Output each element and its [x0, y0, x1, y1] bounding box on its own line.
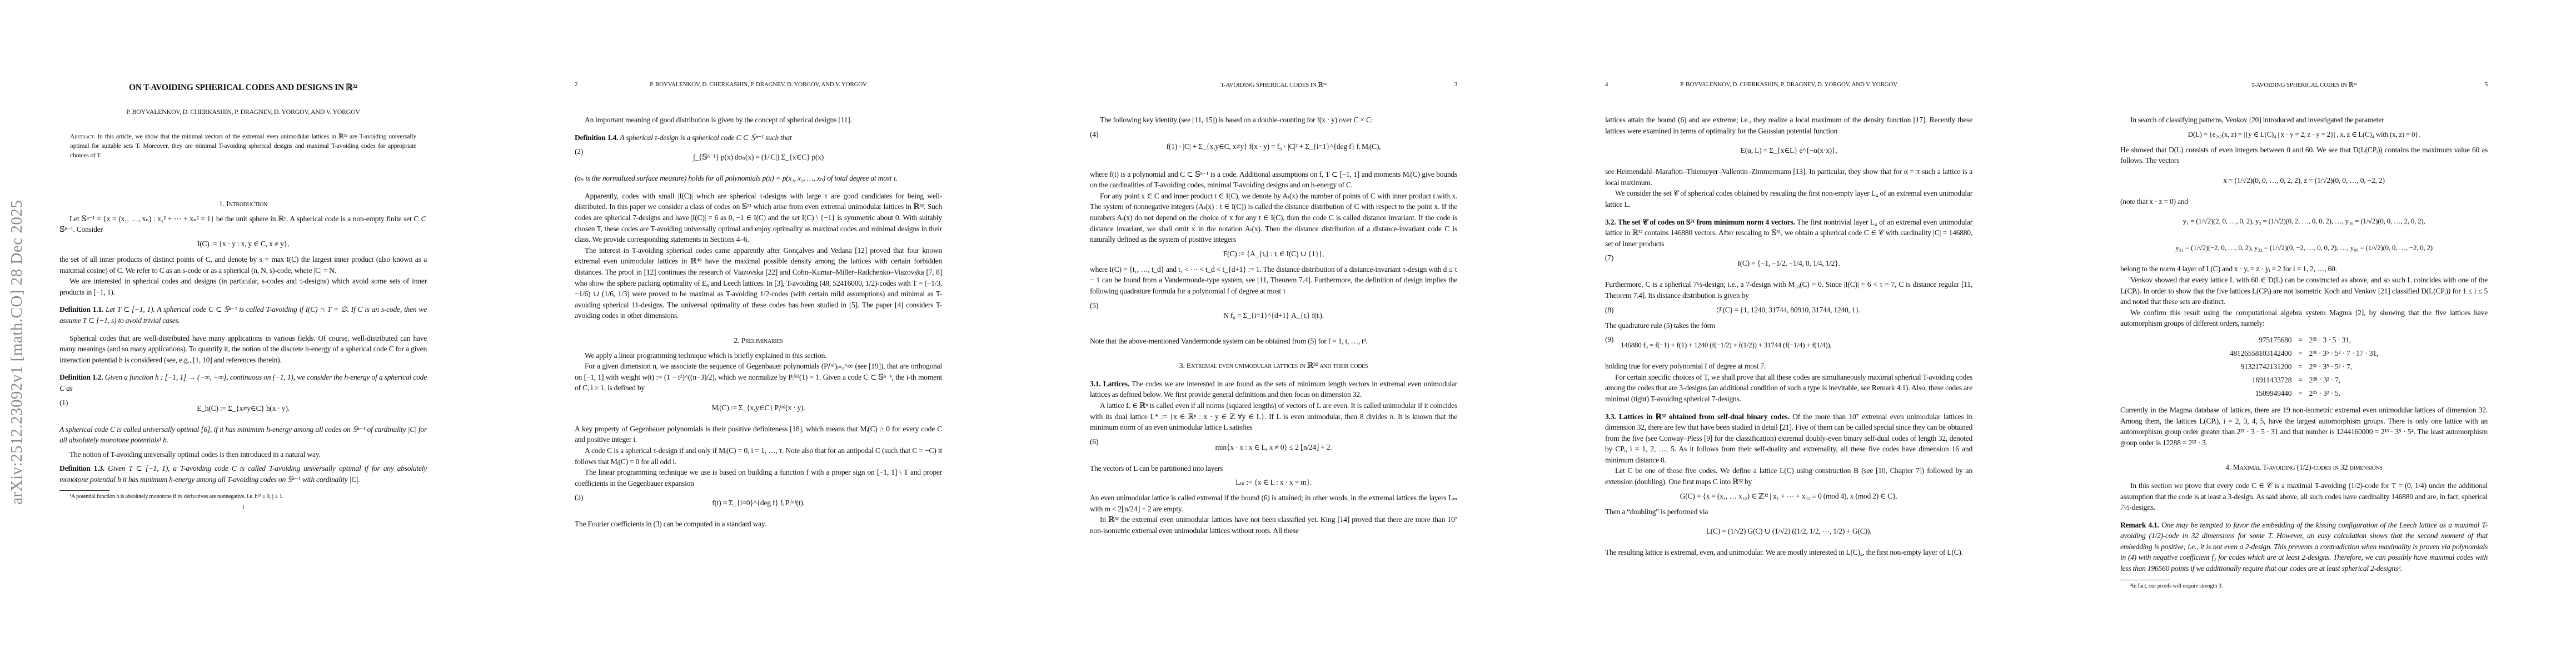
- page-1-body: ON T-AVOIDING SPHERICAL CODES AND DESIGN…: [59, 82, 427, 513]
- paragraph: The codes we are interested in are found…: [1090, 380, 1457, 399]
- equation: x = (1/√2)(0, 0, …, 0, 2, 2), z = (1/√2)…: [2120, 170, 2488, 193]
- paragraph: Furthermore, C is a spherical 7½-design;…: [1605, 279, 1972, 301]
- equation-body: E_h(C) := Σ_{x≠y∈C} h(x · y).: [197, 404, 290, 412]
- equation: F(C) := {A_{tᵢ} : tᵢ ∈ I(C) ∪ {1}},: [1090, 248, 1457, 261]
- definition-1-4: Definition 1.4. A spherical τ-design is …: [575, 132, 942, 143]
- equation-body: f(1) · |C| + Σ_{x,y∈C, x≠y} f(x · y) = f…: [1167, 142, 1381, 151]
- abstract-label: Abstract.: [70, 132, 95, 140]
- paragraph: We are interested in spherical codes and…: [59, 276, 427, 297]
- equation-7: (7)I(C) = {−1, −1/2, −1/4, 0, 1/4, 1/2}.: [1605, 252, 1972, 276]
- section-heading: 1. Introduction: [59, 199, 427, 210]
- section-heading: 3. Extremal even unimodular lattices in …: [1090, 361, 1457, 372]
- equation: G(C) = {x = (x₁, … x₃₂) ∈ ℤ³² | x₁ + ⋯ +…: [1605, 491, 1972, 503]
- paragraph: the set of all inner products of distinc…: [59, 254, 427, 276]
- paragraph: In ℝ³² the extremal even unimodular latt…: [1090, 514, 1457, 536]
- equation-1: (1)E_h(C) := Σ_{x≠y∈C} h(x · y).: [59, 397, 427, 421]
- paragraph: For any point x ∈ C and inner product t …: [1090, 191, 1457, 245]
- equation-body: I(C) = {−1, −1/2, −1/4, 0, 1/4, 1/2}.: [1737, 259, 1840, 267]
- paragraph: (note that x · z = 0) and: [2120, 196, 2488, 207]
- paragraph: We apply a linear programming technique …: [575, 350, 942, 361]
- equation: y₁ = (1/√2)(2, 0, …, 0, 2), y₂ = (1/√2)(…: [2120, 210, 2488, 233]
- equation: Lₘ := {x ∈ L : x · x = m}.: [1090, 477, 1457, 489]
- paragraph: Currently in the Magma database of latti…: [2120, 405, 2488, 448]
- order-factorization: 2²¹ · 3 · 5 · 31,: [2306, 333, 2381, 347]
- paper-title: ON T-AVOIDING SPHERICAL CODES AND DESIGN…: [59, 82, 427, 93]
- paragraph: The linear programming technique we use …: [575, 467, 942, 489]
- equation-number: (8): [1605, 305, 1613, 316]
- paragraph: holding true for every polynomial f of d…: [1605, 361, 1972, 372]
- equation-number: (3): [575, 492, 583, 503]
- page-2: 2 P. BOYVALENKOV, D. CHERKASHIN, P. DRAG…: [515, 0, 1030, 667]
- running-head-text: T-AVOIDING SPHERICAL CODES IN ℝ³²: [2120, 81, 2488, 88]
- section-heading: 4. Maximal T-avoiding (1/2)-codes in 32 …: [2120, 462, 2488, 474]
- paragraph: lattices attain the bound (6) and are ex…: [1605, 115, 1972, 136]
- paragraph: A key property of Gegenbauer polynomials…: [575, 424, 942, 445]
- paragraph: An important meaning of good distributio…: [575, 115, 942, 126]
- paragraph: For certain specific choices of T, we sh…: [1605, 372, 1972, 405]
- equation-number: (5): [1090, 300, 1098, 311]
- equation: y₃₁ = (1/√2)(−2, 0, …, 0, 2), y₃₂ = (1/√…: [2120, 237, 2488, 260]
- paragraph: The Fourier coefficients in (3) can be c…: [575, 519, 942, 530]
- subsection-3-2: 3.2. The set 𝒞 of codes on 𝕊³¹ from mini…: [1605, 217, 1972, 250]
- running-head-text: P. BOYVALENKOV, D. CHERKASHIN, P. DRAGNE…: [1605, 81, 1972, 88]
- footnote: ¹A potential function h is absolutely mo…: [59, 493, 427, 501]
- paragraph: The notion of T-avoiding universally opt…: [59, 449, 427, 460]
- paragraph: The quadrature rule (5) takes the form: [1605, 320, 1972, 331]
- page-3-body: The following key identity (see [11, 15]…: [1090, 115, 1457, 536]
- remark-text: One may be tempted to favor the embeddin…: [2120, 521, 2488, 573]
- definition-label: Definition 1.3.: [59, 464, 104, 472]
- order-factorization: 2²⁵ · 3² · 5.: [2306, 387, 2381, 400]
- paragraph: An even unimodular lattice is called ext…: [1090, 492, 1457, 514]
- equation-number: (4): [1090, 129, 1098, 140]
- page-5-body: In search of classifying patterns, Venko…: [2120, 115, 2488, 590]
- equation-8: (8)ℱ(C) = {1, 1240, 31744, 80910, 31744,…: [1605, 305, 1972, 317]
- paragraph: We consider the set 𝒞 of spherical codes…: [1605, 188, 1972, 210]
- running-head: T-AVOIDING SPHERICAL CODES IN ℝ³² 3: [1090, 81, 1457, 90]
- equation-body: f(t) = Σ_{i=0}^{deg f} fᵢ Pᵢ⁽ⁿ⁾(t).: [712, 499, 805, 507]
- paragraph: where I(C) = {t₁, …, t_d} and t₁ < ⋯ < t…: [1090, 264, 1457, 297]
- paragraph: belong to the norm 4 layer of L(C) and x…: [2120, 263, 2488, 275]
- equation-number: (6): [1090, 436, 1098, 447]
- paragraph: The vectors of L can be partitioned into…: [1090, 463, 1457, 474]
- definition-text: (σₙ is the normalized surface measure) h…: [575, 173, 942, 184]
- page-3: T-AVOIDING SPHERICAL CODES IN ℝ³² 3 The …: [1030, 0, 1546, 667]
- remark-4-1: Remark 4.1. One may be tempted to favor …: [2120, 520, 2488, 574]
- equation-4: (4)f(1) · |C| + Σ_{x,y∈C, x≠y} f(x · y) …: [1090, 129, 1457, 166]
- definition-1-2: Definition 1.2. Given a function h : [−1…: [59, 372, 427, 394]
- definition-label: Definition 1.1.: [59, 305, 103, 313]
- remark-label: Remark 4.1.: [2120, 521, 2159, 529]
- subsection-label: 3.3. Lattices in ℝ³² obtained from self-…: [1605, 412, 1789, 421]
- paragraph: The following key identity (see [11, 15]…: [1090, 115, 1457, 126]
- equation: Mᵢ(C) := Σ_{x,y∈C} Pᵢ⁽ⁿ⁾(x · y).: [575, 397, 942, 420]
- running-head-text: P. BOYVALENKOV, D. CHERKASHIN, P. DRAGNE…: [575, 81, 942, 88]
- equation-body: ∫_{𝕊ⁿ⁻¹} p(x) dσₙ(x) = (1/|C|) Σ_{x∈C} p…: [693, 153, 824, 161]
- equation-number: (2): [575, 146, 583, 157]
- equation-number: (1): [59, 397, 68, 409]
- paragraph: Apparently, codes with small |I(C)| whic…: [575, 191, 942, 245]
- page-4: 4 P. BOYVALENKOV, D. CHERKASHIN, P. DRAG…: [1546, 0, 2061, 667]
- order-factorization: 2²⁸ · 3² · 7,: [2306, 374, 2381, 387]
- paragraph: Venkov showed that every lattice L with …: [2120, 275, 2488, 307]
- equation-6: (6)min{x · x : x ∈ L, x ≠ 0} ≤ 2 ⌊n/24⌋ …: [1090, 436, 1457, 460]
- page-1: arXiv:2512.23092v1 [math.CO] 28 Dec 2025…: [0, 0, 515, 667]
- paragraph: Spherical codes that are well-distribute…: [59, 333, 427, 366]
- paragraph: For a given dimension n, we associate th…: [575, 361, 942, 394]
- definition-text: Given a function h : [−1, 1] → (−∞, +∞],…: [59, 373, 427, 392]
- order-value: 91321742131200: [2226, 360, 2295, 374]
- order-factorization: 2³¹ · 3⁵ · 5² · 7 · 17 · 31,: [2306, 347, 2381, 360]
- equation-number: (9): [1605, 334, 1613, 345]
- page-number: 5: [2485, 81, 2488, 88]
- paragraph: Let 𝕊ⁿ⁻¹ = {x = (x₁, …, xₙ) : x₁² + ⋯ + …: [59, 213, 427, 235]
- paper-authors: P. BOYVALENKOV, D. CHERKASHIN, P. DRAGNE…: [59, 107, 427, 118]
- table-row: 91321742131200=2³¹ · 3⁵ · 5² · 7,: [2226, 360, 2381, 374]
- running-head: T-AVOIDING SPHERICAL CODES IN ℝ³² 5: [2120, 81, 2488, 90]
- equation-9: (9)146880 f₀ = f(−1) + f(1) + 1240 (f(−1…: [1605, 334, 1972, 357]
- subsection-3-3: 3.3. Lattices in ℝ³² obtained from self-…: [1605, 411, 1972, 466]
- footnote-rule: [59, 490, 109, 491]
- equation-body: ℱ(C) = {1, 1240, 31744, 80910, 31744, 12…: [1717, 306, 1861, 314]
- order-value: 16911433728: [2226, 374, 2295, 387]
- paragraph: see Heimendahl–Marafioti–Thiemeyer–Valle…: [1605, 166, 1972, 188]
- equation: D(L) = {e₂,₂(x, z) = |{y ∈ L(C)₄ | x · y…: [2120, 129, 2488, 141]
- paragraph: A lattice L ∈ ℝⁿ is called even if all n…: [1090, 400, 1457, 433]
- paragraph: A spherical code C is called universally…: [59, 424, 427, 446]
- table-row: 48126558103142400=2³¹ · 3⁵ · 5² · 7 · 17…: [2226, 347, 2381, 360]
- running-head: 4 P. BOYVALENKOV, D. CHERKASHIN, P. DRAG…: [1605, 81, 1972, 90]
- order-value: 975175680: [2226, 333, 2295, 347]
- table-row: 975175680=2²¹ · 3 · 5 · 31,: [2226, 333, 2381, 347]
- definition-1-3: Definition 1.3. Given T ⊂ [−1, 1), a T-a…: [59, 463, 427, 485]
- equation: I(C) := {x · y : x, y ∈ C, x ≠ y},: [59, 238, 427, 251]
- equation-5: (5)N f₀ = Σ_{i=1}^{d+1} A_{tᵢ} f(tᵢ).: [1090, 300, 1457, 332]
- paragraph: He showed that D(L) consists of even int…: [2120, 145, 2488, 166]
- paragraph: The resulting lattice is extremal, even,…: [1605, 547, 1972, 558]
- paragraph: Note that the above-mentioned Vandermond…: [1090, 336, 1457, 347]
- abstract: Abstract. In this article, we show that …: [59, 132, 427, 160]
- table-row: 1509949440=2²⁵ · 3² · 5.: [2226, 387, 2381, 400]
- automorphism-orders-table: 975175680=2²¹ · 3 · 5 · 31, 481265581031…: [2226, 333, 2381, 400]
- order-factorization: 2³¹ · 3⁵ · 5² · 7,: [2306, 360, 2381, 374]
- equation-number: (7): [1605, 252, 1613, 263]
- page-2-body: An important meaning of good distributio…: [575, 115, 942, 530]
- paragraph: A code C is a spherical τ-design if and …: [575, 445, 942, 467]
- abstract-text: In this article, we show that the minima…: [70, 132, 416, 159]
- order-value: 48126558103142400: [2226, 347, 2295, 360]
- running-head-text: T-AVOIDING SPHERICAL CODES IN ℝ³²: [1090, 81, 1457, 88]
- page-5: T-AVOIDING SPHERICAL CODES IN ℝ³² 5 In s…: [2061, 0, 2576, 667]
- subsection-label: 3.2. The set 𝒞 of codes on 𝕊³¹ from mini…: [1605, 218, 1795, 226]
- definition-label: Definition 1.2.: [59, 373, 103, 381]
- equation-body: N f₀ = Σ_{i=1}^{d+1} A_{tᵢ} f(tᵢ).: [1223, 311, 1324, 320]
- equation-2: (2)∫_{𝕊ⁿ⁻¹} p(x) dσₙ(x) = (1/|C|) Σ_{x∈C…: [575, 146, 942, 170]
- paragraph: Let C be one of those five codes. We def…: [1605, 465, 1972, 487]
- definition-text: A spherical τ-design is a spherical code…: [620, 133, 791, 142]
- page-number: 1: [59, 502, 427, 513]
- definition-text: Given T ⊂ [−1, 1), a T-avoiding code C i…: [59, 464, 427, 484]
- footnote: ²In fact, our proofs will require streng…: [2120, 583, 2488, 590]
- paragraph: The interest in T-avoiding spherical cod…: [575, 245, 942, 321]
- running-head: 2 P. BOYVALENKOV, D. CHERKASHIN, P. DRAG…: [575, 81, 942, 90]
- equation-body: min{x · x : x ∈ L, x ≠ 0} ≤ 2 ⌊n/24⌋ + 2…: [1215, 443, 1332, 451]
- page-4-body: lattices attain the bound (6) and are ex…: [1605, 115, 1972, 558]
- equation-3: (3)f(t) = Σ_{i=0}^{deg f} fᵢ Pᵢ⁽ⁿ⁾(t).: [575, 492, 942, 515]
- paragraph: We confirm this result using the computa…: [2120, 307, 2488, 329]
- definition-text: Let T ⊂ [−1, 1). A spherical code C ⊂ 𝕊ⁿ…: [59, 305, 427, 325]
- equation-body: 146880 f₀ = f(−1) + f(1) + 1240 (f(−1/2)…: [1621, 341, 1832, 349]
- definition-1-1: Definition 1.1. Let T ⊂ [−1, 1). A spher…: [59, 304, 427, 326]
- subsection-3-1: 3.1. Lattices. The codes we are interest…: [1090, 379, 1457, 400]
- paragraph: where f(t) is a polynomial and C ⊂ 𝕊ⁿ⁻¹ …: [1090, 169, 1457, 191]
- equation: L(C) = (1/√2) G(C) ∪ (1/√2) ((1/2, 1/2, …: [1605, 520, 1972, 544]
- table-row: 16911433728=2²⁸ · 3² · 7,: [2226, 374, 2381, 387]
- subsection-label: 3.1. Lattices.: [1090, 380, 1129, 388]
- definition-label: Definition 1.4.: [575, 133, 618, 142]
- page-number: 3: [1454, 81, 1457, 88]
- order-value: 1509949440: [2226, 387, 2295, 400]
- paragraph: In this section we prove that every code…: [2120, 480, 2488, 513]
- paragraph: Then a “doubling” is performed via: [1605, 506, 1972, 517]
- equation: E(α, L) = Σ_{x∈L} e^{−α(x·x)},: [1605, 140, 1972, 163]
- footnote-rule: [2120, 580, 2170, 580]
- arxiv-stamp: arXiv:2512.23092v1 [math.CO] 28 Dec 2025: [8, 200, 26, 505]
- section-heading: 2. Preliminaries: [575, 336, 942, 347]
- paragraph: In search of classifying patterns, Venko…: [2120, 115, 2488, 126]
